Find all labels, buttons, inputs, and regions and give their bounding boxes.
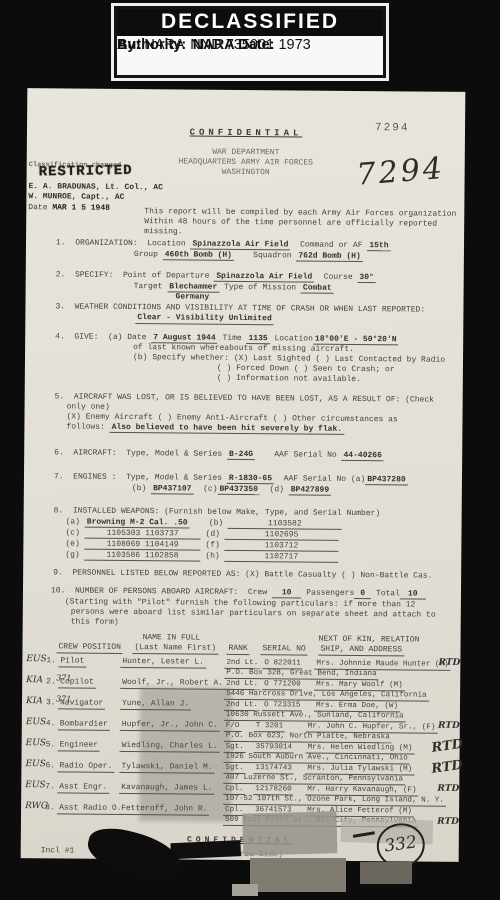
mission-label: Type of Mission (224, 283, 296, 293)
eng-c-label: (c) (203, 485, 217, 494)
item7-number: 7. (54, 472, 64, 481)
status-annotation: EUS (26, 738, 46, 748)
rtd-annotation: RTD (438, 721, 460, 731)
item8-number: 8. (54, 506, 64, 515)
departure-value: Spinazzola Air Field (214, 272, 314, 283)
item2-number: 2. (56, 270, 66, 279)
weapon-a-label: (a) (66, 517, 80, 526)
total-value: 10 (400, 589, 426, 599)
target-label: Target (134, 282, 163, 291)
status-annotation: EUS (26, 654, 46, 664)
passengers-label: Passengers (306, 589, 354, 598)
item10-note2: persons were aboard list similar particu… (71, 608, 436, 621)
status-annotation: EUS (25, 759, 45, 769)
handwritten-page-number: 7294 (356, 164, 445, 181)
table-header-name1: NAME IN FULL (143, 633, 201, 644)
eng-series-value: R-1830-65 (227, 474, 274, 484)
item5-line1: 5. AIRCRAFT WAS LOST, OR IS BELIEVED TO … (55, 392, 434, 405)
rtd-annotation: RTD (437, 784, 459, 794)
date-line: Date MAR 1 5 1948 (28, 203, 110, 214)
weapon-d-value: 1102695 (225, 530, 339, 541)
ac-series-label: Type, Model & Series (126, 449, 222, 459)
table-header-position: CREW POSITION (56, 642, 123, 654)
item7-label: ENGINES : (73, 473, 116, 482)
eng-b-label: (b) (132, 484, 146, 493)
item5-line2: only one) (67, 402, 110, 412)
row-number: 4. (46, 719, 56, 729)
item2-line2: Target Blechammer Type of Mission Combat (134, 282, 334, 294)
item2-line1: 2. SPECIFY: Point of Departure Spinazzol… (56, 270, 376, 283)
target-value: Blechammer (167, 282, 219, 292)
weapon-c-label: (c) (65, 528, 79, 537)
table-header-nok2: SHIP, AND ADDRESS (318, 645, 404, 657)
weapon-a-value: Browning M-2 Cal. .50 (85, 518, 190, 529)
item1-line2: Group 460th Bomb (H) Squadron 762d Bomb … (134, 250, 363, 262)
crew-position: Navigator (58, 698, 105, 709)
weapon-d-label: (d) (205, 530, 219, 539)
row-number: 8. (45, 803, 55, 813)
restricted-stamp: RESTRICTED (39, 166, 133, 178)
weapon-f-label: (f) (205, 541, 219, 550)
nara-date-label: NARA Date: (193, 37, 275, 53)
torn-paper-hole (83, 822, 186, 887)
crew-position: Copilot (58, 677, 96, 688)
document-page: CONFIDENTIAL 7294 WAR DEPARTMENT HEADQUA… (21, 88, 466, 862)
crew-count-label: Crew (248, 588, 267, 597)
row-number: 2. (46, 677, 56, 687)
weapon-b-value: 1103582 (228, 519, 342, 530)
item7-line2: (b) BP437107 (c)BP437350 (d) BP427899 (132, 484, 331, 496)
date-stamp: MAR 1 5 1948 (52, 203, 110, 213)
eng-serial-c: BP437350 (217, 485, 259, 495)
eng-serial-d: BP427899 (289, 485, 331, 495)
weapon-h-label: (h) (205, 552, 219, 561)
by-value: NARA (144, 37, 184, 53)
squadron-label: Squadron (253, 251, 291, 260)
weapon-f-value: 1103712 (225, 541, 339, 552)
item8-label: INSTALLED WEAPONS: (Furnish below Make, … (73, 507, 380, 519)
eng-series-label: Type, Model & Series (126, 473, 222, 483)
item10-note3: this form) (71, 618, 119, 628)
squadron-value: 762d Bomb (H) (296, 251, 363, 262)
weapon-e-value: 1108069 1104149 (85, 540, 201, 551)
item1-label: ORGANIZATION: (75, 239, 137, 249)
table-header-name2: (Last Name First) (132, 643, 218, 655)
date-sighted-label: (a) Date (108, 333, 146, 342)
weapon-h-value: 1102717 (225, 552, 339, 563)
passengers-value: 0 (354, 589, 371, 599)
command-value: 15th (367, 241, 390, 251)
item4-number: 4. (55, 332, 65, 341)
ac-series-value: B-24G (227, 450, 255, 460)
officer2-line: W. MUNROE, Capt., AC (28, 192, 124, 203)
scan-smudge (139, 687, 232, 822)
group-label: Group (134, 250, 158, 259)
rtd-annotation: RTD (437, 817, 459, 827)
crew-position: Asst Radio O. (57, 803, 124, 815)
crew-position: Bombardier (58, 719, 110, 730)
nara-date-value: 1973 (278, 37, 310, 53)
weapons-row4: (g) 1103586 1102858 (h) 1102717 (65, 550, 338, 562)
crew-name: Hunter, Lester L. (120, 657, 206, 669)
departure-label: Point of Departure (123, 271, 209, 281)
tape-fragment (250, 858, 346, 892)
table-header-serial: SERIAL NO (260, 644, 307, 655)
crew-position: Asst Engr. (57, 782, 109, 793)
time-value: 1135 (246, 334, 269, 344)
intro-line3: missing. (144, 227, 182, 237)
location-label: Location (147, 239, 185, 248)
date-label: Date (28, 203, 47, 212)
weapon-c-value: 1105303 1103737 (85, 529, 201, 540)
item5-line4: follows: Also believed to have been hit … (66, 422, 344, 434)
course-value: 30° (357, 273, 375, 283)
eng-serial-a: BP437280 (365, 475, 407, 485)
crew-position: Radio Oper. (57, 761, 114, 772)
item6-number: 6. (54, 448, 64, 457)
row-number: 6. (45, 761, 55, 771)
item4-line5: ( ) Information not available. (217, 374, 361, 385)
date-sighted-value: 7 August 1944 (151, 333, 218, 344)
crew-position: Engineer (58, 740, 101, 751)
tape-fragment (360, 862, 412, 884)
status-annotation: KIA (26, 675, 43, 685)
status-annotation: EUS (25, 780, 45, 790)
declassified-stamp: DECLASSIFIED Authority: NND 735001 By: N… (114, 6, 386, 78)
item7-line1: 7. ENGINES : Type, Model & Series R-1830… (54, 472, 408, 485)
declassified-title: DECLASSIFIED (117, 9, 383, 36)
item9-number: 9. (53, 568, 63, 577)
by-label: By: (117, 37, 140, 53)
group-value: 460th Bomb (H) (163, 250, 234, 261)
item5-number: 5. (55, 392, 65, 401)
crew-position: Pilot (58, 656, 86, 667)
status-annotation: KIA (26, 696, 43, 706)
course-label: Course (324, 273, 353, 282)
table-header-rank: RANK (226, 644, 249, 655)
status-annotation: EUS (26, 717, 46, 727)
item1-number: 1. (56, 238, 66, 247)
item9-text: PERSONNEL LISTED BELOW REPORTED AS: (X) … (72, 569, 432, 581)
item6-label: AIRCRAFT: (73, 449, 116, 458)
weapon-b-label: (b) (209, 519, 223, 528)
tape-fragment (242, 811, 337, 855)
item3-number: 3. (55, 302, 65, 311)
intro-line2: Within 48 hours of the time personnel ar… (144, 217, 437, 230)
item5-text1: AIRCRAFT WAS LOST, OR IS BELIEVED TO HAV… (74, 393, 434, 405)
rtd-annotation: RTD (432, 740, 465, 754)
coords-label: Location (274, 334, 312, 343)
weapon-g-value: 1103586 1102858 (84, 551, 200, 562)
weather-value: Clear - Visibility Unlimited (135, 313, 274, 325)
rtd-annotation: RTD (431, 761, 464, 775)
mission-value: Combat (301, 283, 334, 293)
follows-label: follows: (66, 422, 104, 431)
eng-d-label: (d) (269, 485, 283, 494)
row-number: 5. (46, 740, 56, 750)
inclosure-label: Incl #1 (41, 846, 75, 856)
weapon-e-label: (e) (65, 539, 79, 548)
item2-label: SPECIFY: (75, 271, 113, 280)
rtd-annotation: RTD (438, 658, 460, 668)
ac-serial-value: 44-40266 (341, 451, 383, 461)
row-number: 3. (46, 698, 56, 708)
total-label: Total (376, 589, 400, 598)
item10-label: NUMBER OF PERSONS ABOARD AIRCRAFT: (75, 587, 238, 597)
ac-serial-label: AAF Serial No (274, 450, 336, 460)
row-number: 1. (46, 656, 56, 666)
location-value: Spinazzola Air Field (190, 240, 290, 251)
typed-page-number: 7294 (375, 123, 409, 133)
item10-number: 10. (51, 586, 65, 595)
item6-line1: 6. AIRCRAFT: Type, Model & Series B-24G … (54, 448, 384, 461)
target-country: Germany (176, 292, 210, 302)
item9-line1: 9. PERSONNEL LISTED BELOW REPORTED AS: (… (53, 568, 432, 581)
time-label: Time (222, 334, 241, 343)
tape-fragment (232, 884, 258, 896)
eng-serial-b: BP437107 (151, 484, 193, 494)
crew-count-value: 10 (272, 588, 302, 598)
weapon-g-label: (g) (65, 550, 79, 559)
eng-serial-label: AAF Serial No (a) (284, 474, 366, 484)
row-number: 7. (45, 782, 55, 792)
item4-label: GIVE: (74, 333, 98, 342)
other-circumstances-value: Also believed to have been hit severely … (110, 423, 345, 435)
torn-paper-mark (170, 840, 241, 859)
weather-label: WEATHER CONDITIONS AND VISIBILITY AT TIM… (75, 303, 426, 315)
item1-line1: 1. ORGANIZATION: Location Spinazzola Air… (56, 238, 391, 251)
declass-by-line: By: NARA NARA Date: 1973 (117, 37, 311, 53)
command-label: Command or AF (300, 240, 362, 250)
